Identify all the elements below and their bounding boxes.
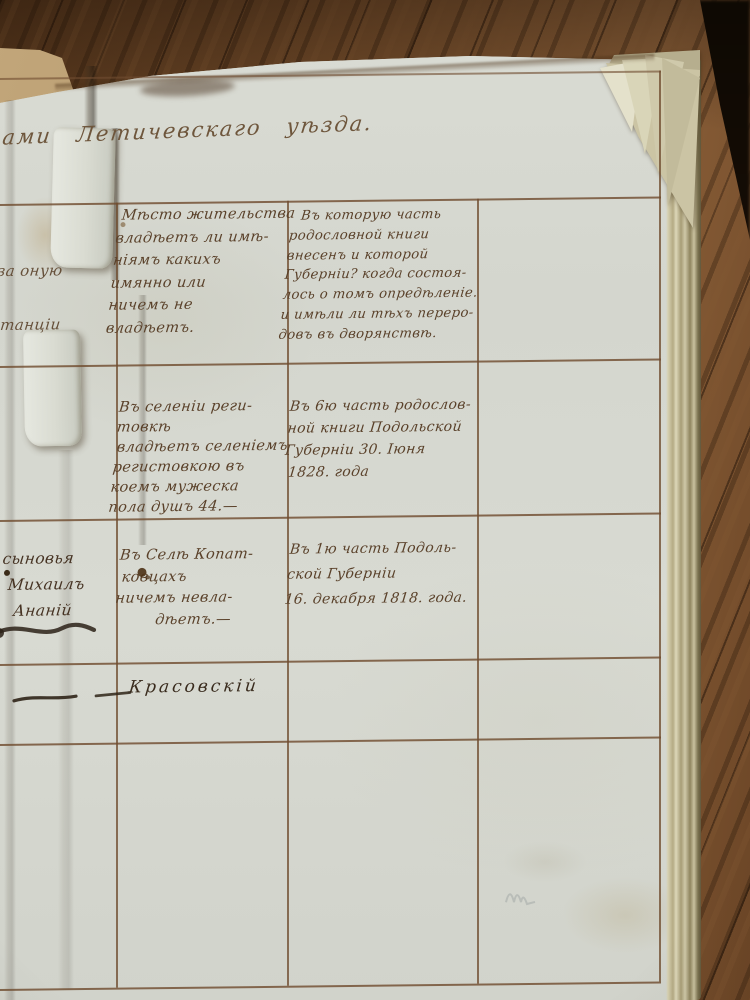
ink-dash (14, 696, 76, 701)
stain-spot (121, 222, 126, 227)
faint-pencil-mark (506, 894, 535, 904)
table-grid-and-writing: нами Летичевскаго уѣзда. за онуюстанціи … (0, 0, 750, 1000)
ink-spot (4, 570, 10, 576)
ink-flourish-stroke (0, 625, 94, 634)
stain-spot (138, 568, 147, 577)
ink-flourishes (0, 0, 750, 1000)
ink-dash (96, 693, 130, 696)
photo-of-archival-document: нами Летичевскаго уѣзда. за онуюстанціи … (0, 0, 750, 1000)
stain-spot (146, 575, 150, 579)
